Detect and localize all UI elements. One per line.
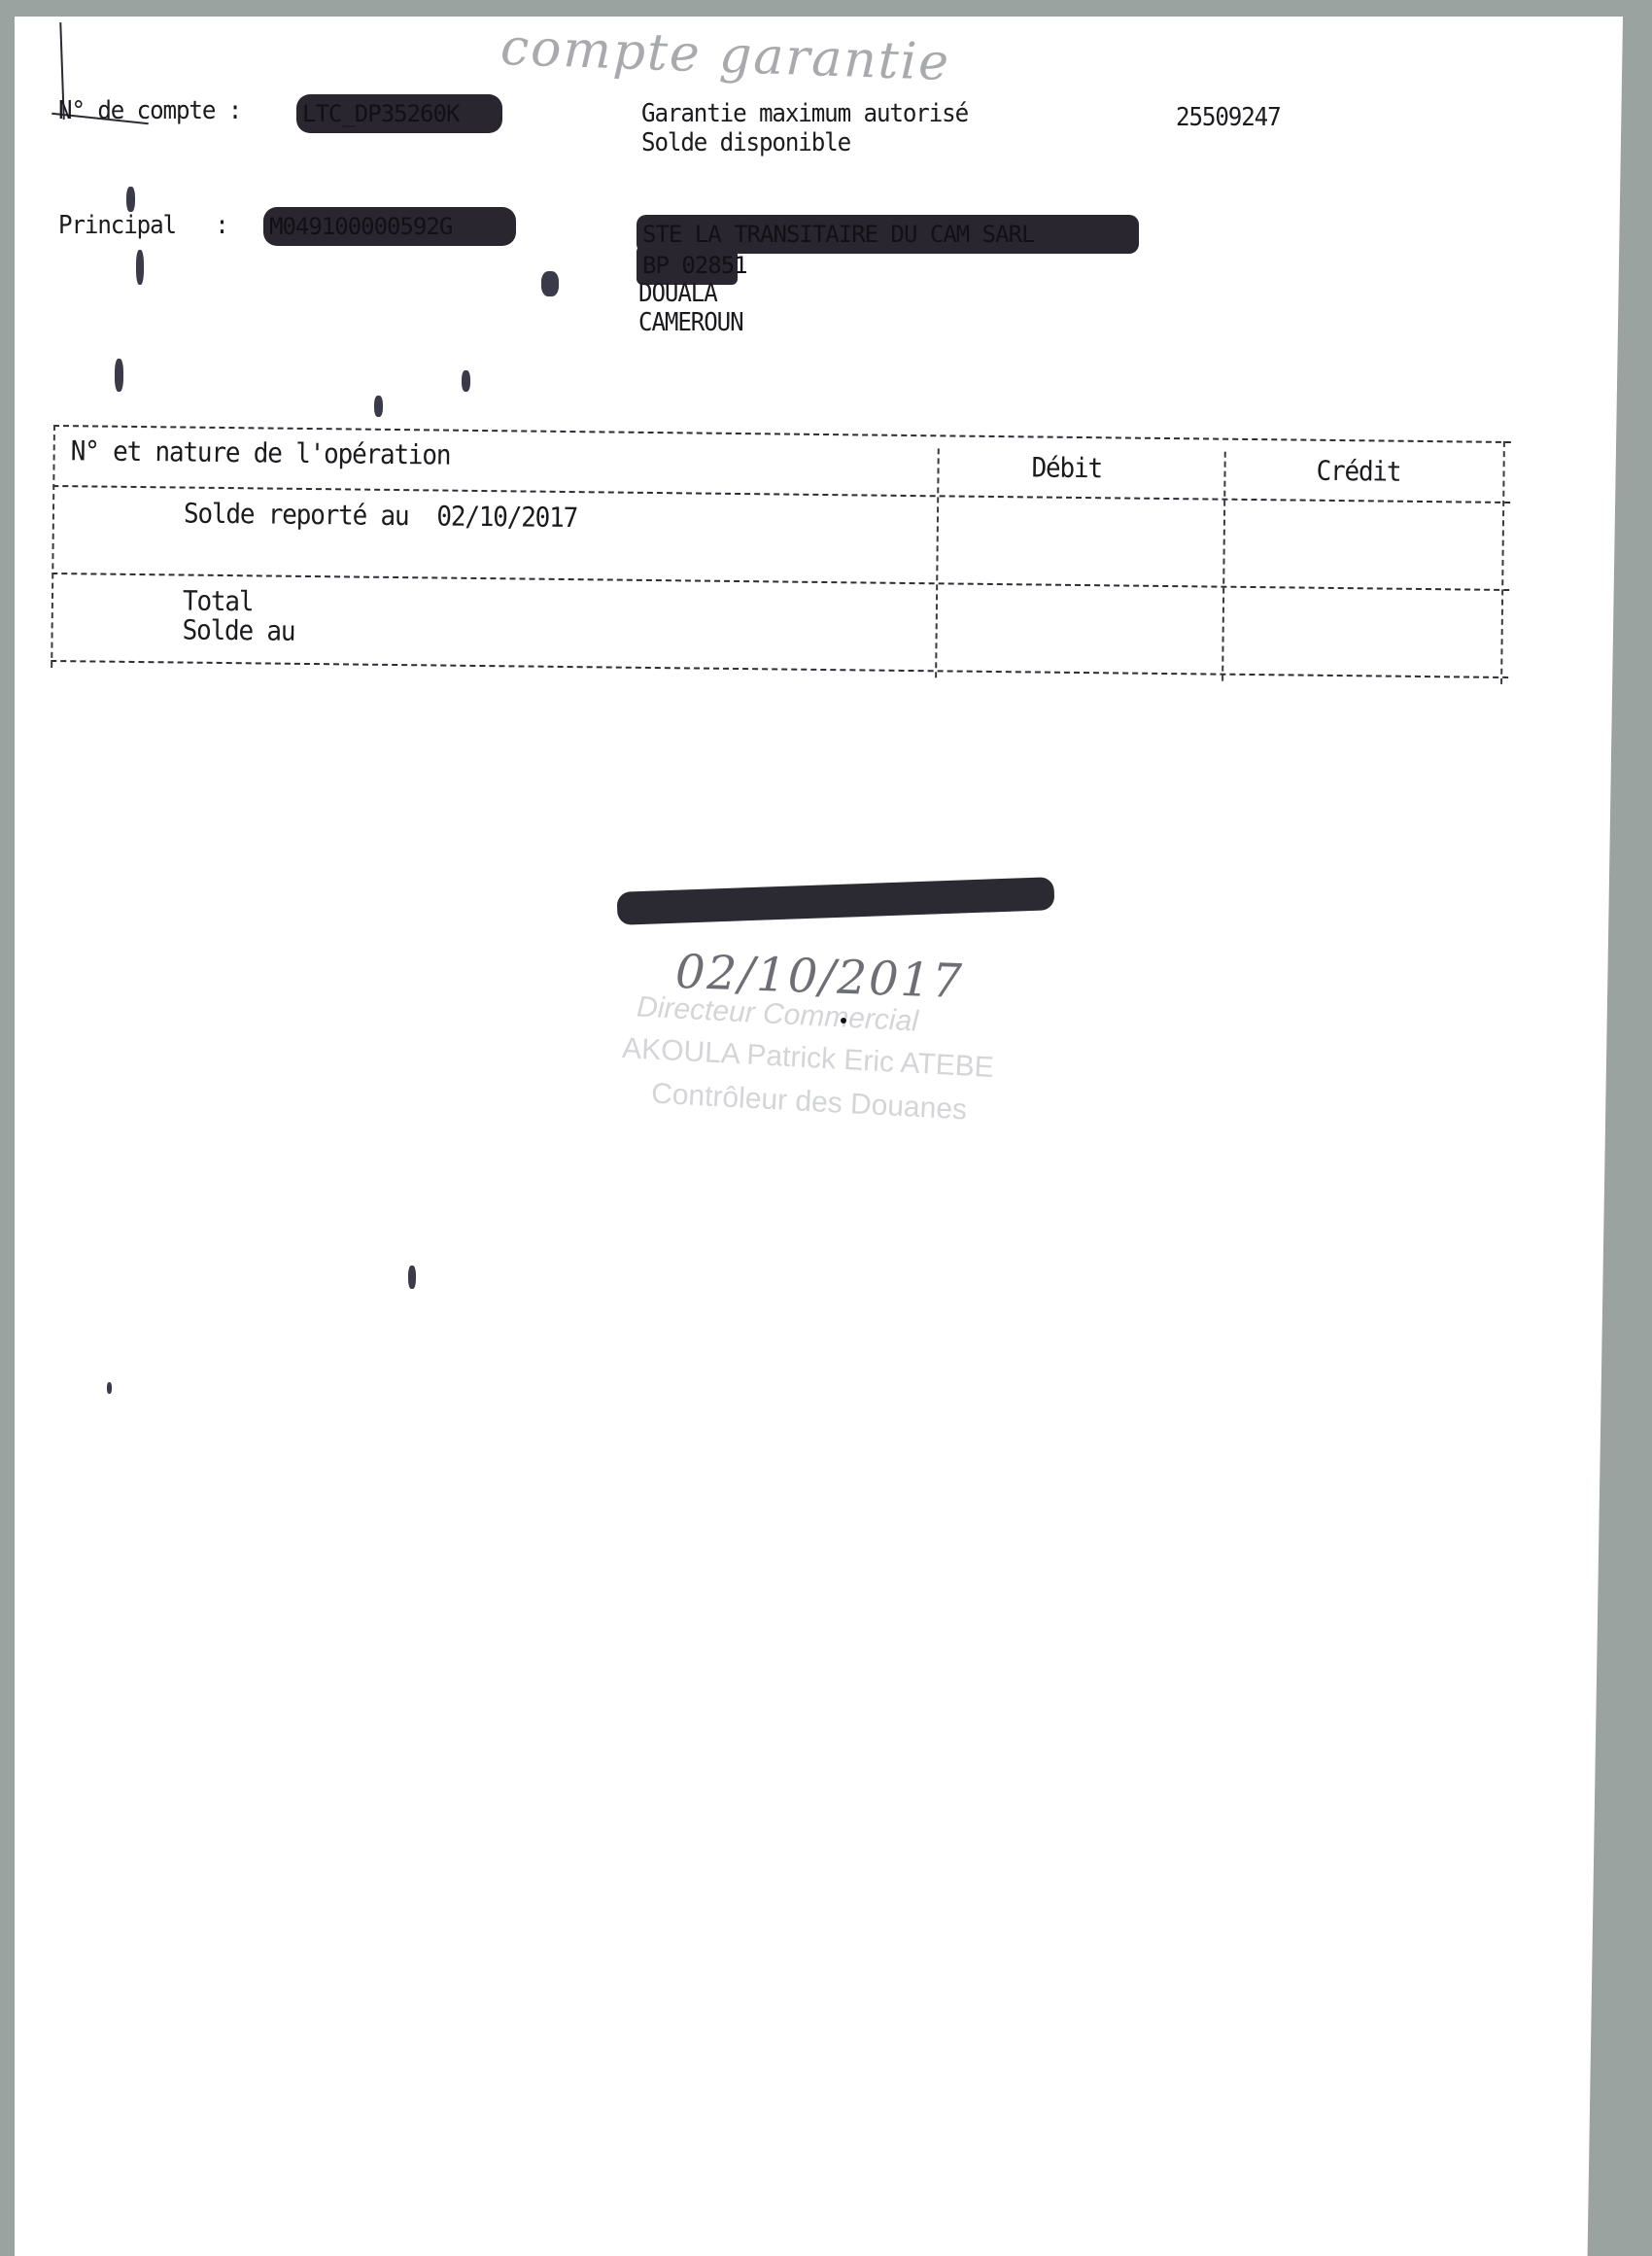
table-border	[1500, 441, 1505, 684]
operations-table: N° et nature de l'opération Débit Crédit…	[51, 425, 1511, 684]
principal-number-redacted: M049100000592G	[263, 207, 516, 246]
scan-speck	[374, 396, 383, 417]
guarantee-max-label: Garantie maximum autorisé	[641, 99, 968, 128]
column-header-debit: Débit	[1031, 453, 1102, 483]
address-country: CAMEROUN	[638, 308, 743, 337]
principal-label: Principal :	[58, 211, 228, 240]
guarantee-max-value: 25509247	[1176, 103, 1281, 132]
signature-redacted	[617, 877, 1055, 925]
scan-speck	[541, 271, 559, 296]
table-border	[51, 425, 55, 668]
stamp-line: Contrôleur des Douanes	[650, 1078, 968, 1128]
account-label: N° de compte :	[58, 96, 241, 125]
scan-speck	[841, 1018, 846, 1024]
handwritten-note: compte garantie	[499, 18, 951, 92]
table-row-operation: Solde reporté au 02/10/2017	[184, 500, 577, 534]
scan-speck	[462, 370, 470, 392]
available-balance-label: Solde disponible	[641, 128, 850, 157]
stamp-line: AKOULA Patrick Eric ATEBE	[621, 1032, 994, 1085]
scan-speck	[115, 359, 123, 392]
column-header-operation: N° et nature de l'opération	[71, 436, 451, 469]
scan-speck	[126, 187, 135, 212]
scanned-page: compte garantie N° de compte : LTC_DP352…	[15, 17, 1623, 2256]
account-number-redacted: LTC_DP35260K	[296, 94, 502, 133]
table-border	[935, 448, 940, 677]
scan-speck	[107, 1382, 112, 1394]
table-row-operation: Total Solde au	[182, 587, 294, 646]
scan-speck	[408, 1266, 416, 1289]
scan-speck	[136, 250, 144, 285]
column-header-credit: Crédit	[1316, 457, 1400, 487]
address-city: DOUALA	[638, 279, 717, 308]
table-border	[1222, 452, 1226, 681]
table-border	[51, 660, 1508, 678]
